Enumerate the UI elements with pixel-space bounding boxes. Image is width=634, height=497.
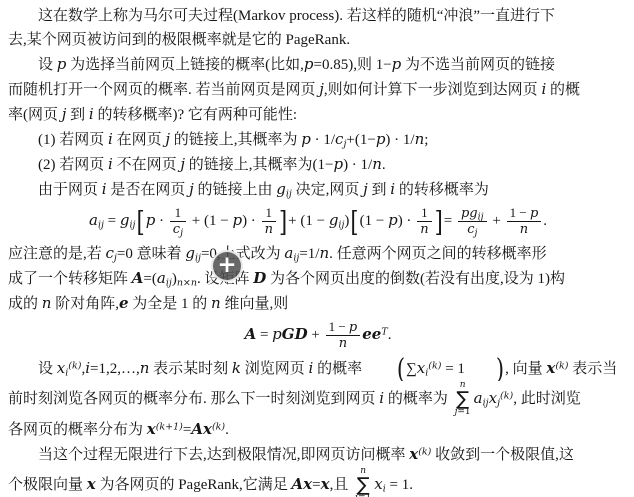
big-bracket: ] xyxy=(279,202,287,241)
page: { "page": { "background": "#ffffff", "te… xyxy=(0,0,634,497)
text-line: 各网页的概率分布为 x(k+1)=Ax(k). xyxy=(8,417,628,442)
text-line: 应注意的是,若 cj=0 意味着 gij=0,上式改为 aij=1/n. 任意两… xyxy=(8,241,628,266)
summation: n∑j=1 xyxy=(455,381,471,417)
fraction: 1cj xyxy=(170,206,186,237)
text-line: 成了一个转移矩阵 A=(aij)n×n. 设矩阵 D 为各个网页出度的倒数(若没… xyxy=(8,266,628,291)
text-line: (1) 若网页 i 在网页 j 的链接上,其概率为 p · 1/cj+(1−p)… xyxy=(8,127,628,152)
equation-line: aij = gij[p · 1cj + (1 − p) · 1n]+ (1 − … xyxy=(8,202,628,241)
text-line: 率(网页 j 到 i 的转移概率)? 它有两种可能性: xyxy=(8,102,628,127)
fraction: 1 − pn xyxy=(326,320,361,352)
fraction: 1 − pn xyxy=(507,206,542,238)
equation-line: A = pGD + 1 − pneeT. xyxy=(8,316,628,355)
big-bracket: ] xyxy=(435,202,443,241)
fraction: pgijcj xyxy=(458,206,487,238)
text-line: (2) 若网页 i 不在网页 j 的链接上,其概率为(1−p) · 1/n. xyxy=(8,152,628,177)
text-line: 设 xi(k),i=1,2,…,n 表示某时刻 k 浏览网页 i 的概率 (∑x… xyxy=(8,356,628,382)
document-content: 这在数学上称为马尔可夫过程(Markov process). 若这样的随机“冲浪… xyxy=(0,0,634,497)
fraction: 1n xyxy=(417,206,431,237)
plus-icon: + xyxy=(217,254,236,277)
text-line: 去,某个网页被访问到的极限概率就是它的 PageRank. xyxy=(8,28,628,52)
text-line: 这在数学上称为马尔可夫过程(Markov process). 若这样的随机“冲浪… xyxy=(8,4,628,28)
text-line: 成的 n 阶对角阵,e 为全是 1 的 n 维向量,则 xyxy=(8,291,628,316)
big-bracket: ( xyxy=(367,356,405,382)
big-bracket: ) xyxy=(466,356,504,382)
text-line: 而随机打开一个网页的概率. 若当前网页是网页 j,则如何计算下一步浏览到达网页 … xyxy=(8,77,628,102)
text-line: 设 p 为选择当前网页上链接的概率(比如,p=0.85),则 1−p 为不选当前… xyxy=(8,52,628,77)
text-line: 由于网页 i 是否在网页 j 的链接上由 gij 决定,网页 j 到 i 的转移… xyxy=(8,177,628,202)
text-line: 当这个过程无限进行下去,达到极限情况,即网页访问概率 x(k) 收敛到一个极限值… xyxy=(8,442,628,467)
text-line: 个极限向量 x 为各网页的 PageRank,它满足 Ax=x,且 n∑i=1x… xyxy=(8,467,628,497)
fraction: 1n xyxy=(262,206,276,237)
big-bracket: [ xyxy=(350,202,358,241)
summation: n∑i=1 xyxy=(355,467,371,497)
big-bracket: [ xyxy=(136,202,144,241)
zoom-in-button[interactable]: + xyxy=(211,250,243,282)
text-line: 前时刻浏览各网页的概率分布. 那么下一时刻浏览到网页 i 的概率为 n∑j=1a… xyxy=(8,381,628,417)
